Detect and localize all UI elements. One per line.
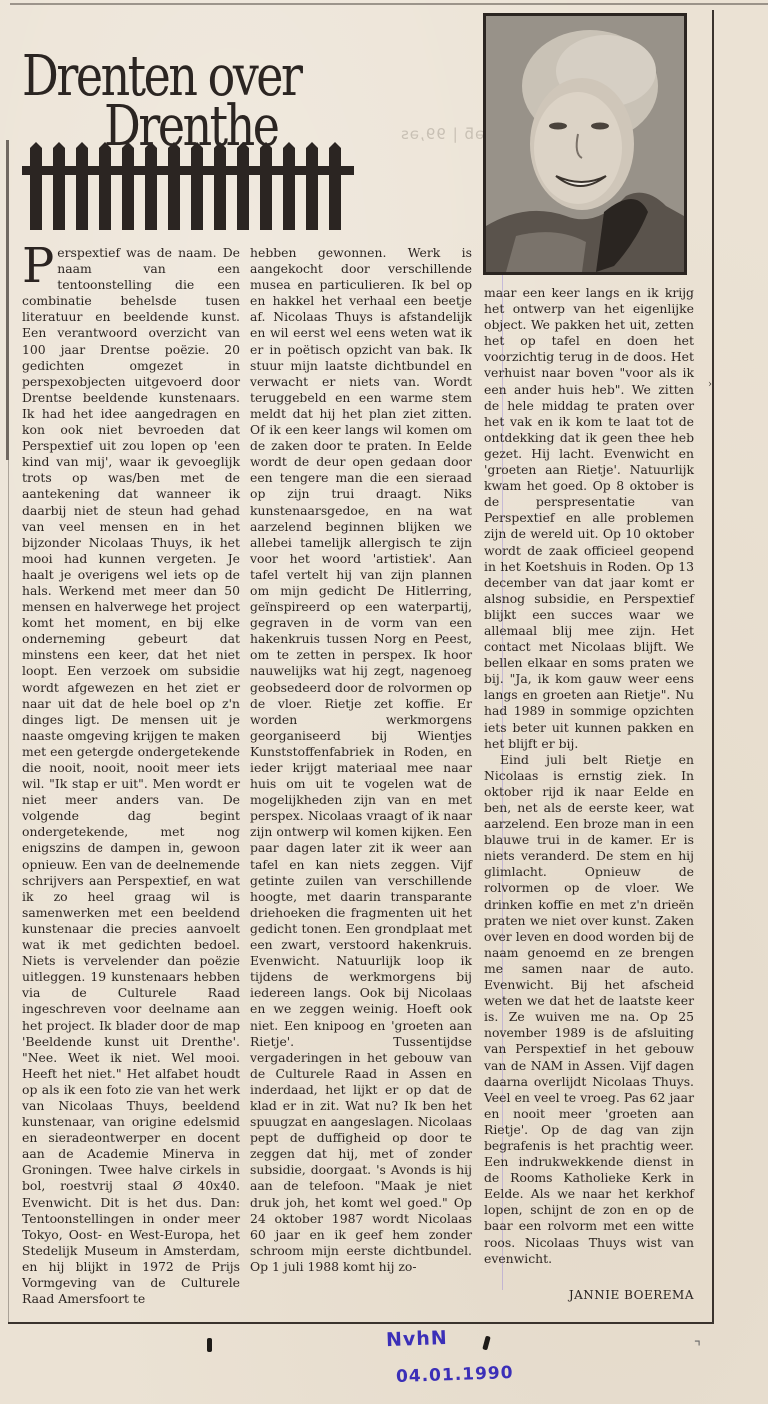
paragraph: maar een keer langs en ik krijg het ontw…: [484, 285, 694, 752]
portrait-image: [486, 16, 684, 272]
left-edge-shadow: [6, 140, 9, 460]
paragraph: hebben gewonnen. Werk is aangekocht door…: [250, 245, 472, 1275]
punch-hole-mark: [207, 1338, 212, 1352]
frame-bottom-border: [8, 1322, 714, 1324]
article-column-2: hebben gewonnen. Werk is aangekocht door…: [250, 245, 472, 1275]
drop-cap: P: [22, 247, 57, 285]
article-headline: Drenten over Drenthe: [22, 52, 317, 152]
paragraph: Perspextief was de naam. De naam van een…: [22, 245, 240, 1307]
paragraph: Eind juli belt Rietje en Nicolaas is ern…: [484, 752, 694, 1267]
article-column-1: Perspextief was de naam. De naam van een…: [22, 245, 240, 1307]
corner-mark: ⌝: [694, 1338, 701, 1356]
author-portrait-photo: [483, 13, 687, 275]
picket-fence-icon: [22, 142, 354, 230]
newspaper-clipping: ʇʎɐd ʇǝƃ | 99,ǝs Drenten over Drenthe: [0, 0, 768, 1404]
frame-left-border: [8, 460, 9, 1322]
frame-right-border: [712, 10, 714, 1324]
handwritten-date-stamp: 04.01.1990: [396, 1363, 514, 1387]
top-edge-line: [10, 3, 768, 5]
paragraph-text: erspextief was de naam. De naam van een …: [22, 245, 240, 1306]
article-column-3: maar een keer langs en ik krijg het ontw…: [484, 285, 694, 1267]
margin-mark: ›: [708, 379, 712, 390]
handwritten-source-stamp: NvhN: [386, 1327, 448, 1351]
punch-hole-mark: [482, 1336, 490, 1351]
author-byline: JANNIE BOEREMA: [484, 1288, 694, 1302]
